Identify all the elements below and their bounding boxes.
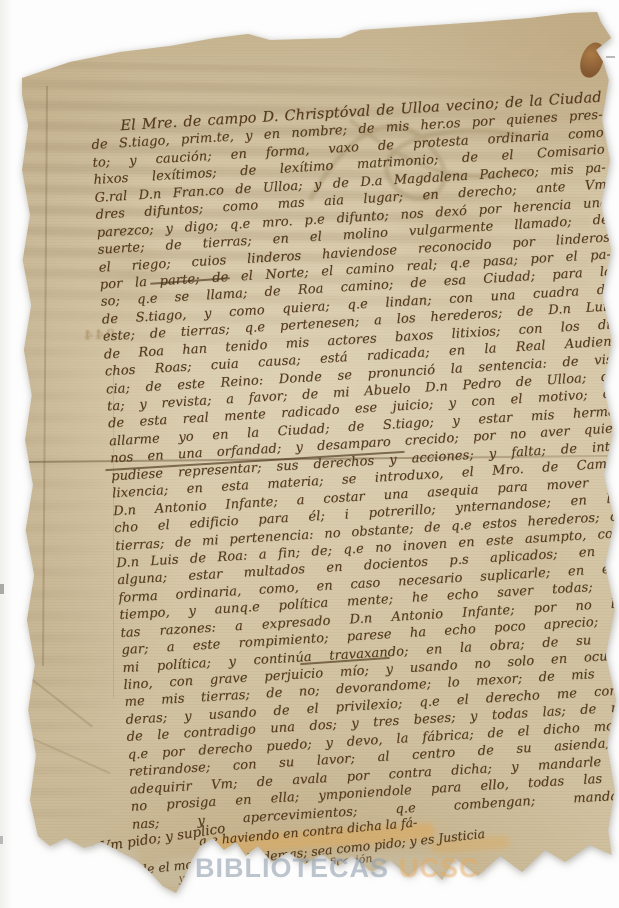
scan-background: 044 tt El Mre. de campo D. Chrisptóval d…: [0, 0, 619, 908]
manuscript-text-block: El Mre. de campo D. Chrisptóval de Ulloa…: [90, 90, 619, 834]
manuscript-page: 044 tt El Mre. de campo D. Chrisptóval d…: [10, 8, 616, 900]
manuscript-page-shadow: 044 tt El Mre. de campo D. Chrisptóval d…: [10, 8, 616, 900]
wax-seal-spot: [577, 40, 606, 80]
scanner-mark-dot: [0, 836, 3, 844]
scanner-mark-dash: [606, 56, 615, 58]
top-edge-ink-mark: tt: [330, 19, 347, 40]
bleedthrough-ghost-text-left: [16, 338, 116, 818]
closing-petition-line: Por tanto: a Vm pido; y suplico: [16, 821, 226, 868]
scanner-mark-dot: [0, 584, 4, 594]
